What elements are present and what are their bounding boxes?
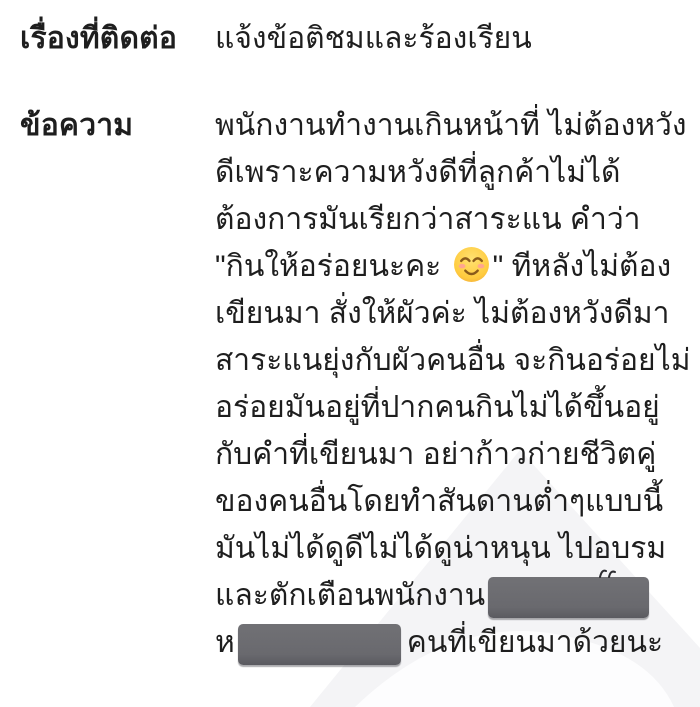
subject-value: แจ้งข้อติชมและร้องเรียน <box>215 15 532 62</box>
message-line: พนักงานทำงานเกินหน้าที่ ไม่ต้องหวัง <box>215 102 690 149</box>
message-line-text: คนที่เขียนมาด้วยนะ <box>407 626 663 659</box>
message-line-text: ต้องการมันเรียกว่าสาระแน คำว่า <box>215 203 641 236</box>
message-line-text: อร่อยมันอยู่ที่ปากคนกินไม่ได้ขึ้นอยู่ <box>215 391 660 424</box>
smiling-face-emoji <box>453 246 490 283</box>
message-line-text: "กินให้อร่อยนะคะ <box>215 250 450 283</box>
message-line: ของคนอื่นโดยทำสันดานต่ำๆแบบนี้ <box>215 478 690 525</box>
subject-row: เรื่องที่ติดต่อ แจ้งข้อติชมและร้องเรียน <box>20 15 532 62</box>
message-line-text: ของคนอื่นโดยทำสันดานต่ำๆแบบนี้ <box>215 485 663 518</box>
redaction-box <box>238 624 401 665</box>
message-line-text: กับคำที่เขียนมา อย่าก้าวก่ายชีวิตคู่ <box>215 438 656 471</box>
message-line-text: ดีเพราะความหวังดีที่ลูกค้าไม่ได้ <box>215 156 621 189</box>
message-text: พนักงานทำงานเกินหน้าที่ ไม่ต้องหวัง ดีเพ… <box>215 102 690 666</box>
message-line: มันไม่ได้ดูดีไม่ได้ดูน่าหนุน ไปอบรม <box>215 525 690 572</box>
message-line: ต้องการมันเรียกว่าสาระแน คำว่า <box>215 196 690 243</box>
message-line: ดีเพราะความหวังดีที่ลูกค้าไม่ได้ <box>215 149 690 196</box>
message-label: ข้อความ <box>20 102 215 149</box>
message-line-text: พนักงานทำงานเกินหน้าที่ ไม่ต้องหวัง <box>215 109 687 142</box>
message-line: อร่อยมันอยู่ที่ปากคนกินไม่ได้ขึ้นอยู่ <box>215 384 690 431</box>
covered-text-remnant <box>598 568 617 578</box>
message-line-text: เขียนมา สั่งให้ผัวค่ะ ไม่ต้องหวังดีมา <box>215 297 670 330</box>
message-line-text: " ทีหลังไม่ต้อง <box>493 250 672 283</box>
message-line: เขียนมา สั่งให้ผัวค่ะ ไม่ต้องหวังดีมา <box>215 290 690 337</box>
message-line-text: และตักเตือนพนักงาน <box>215 579 485 612</box>
message-line: "กินให้อร่อยนะคะ <box>215 243 690 290</box>
subject-label: เรื่องที่ติดต่อ <box>20 15 215 62</box>
message-line: และตักเตือนพนักงาน <box>215 572 690 619</box>
complaint-detail-view: เรื่องที่ติดต่อ แจ้งข้อติชมและร้องเรียน … <box>0 0 700 707</box>
redaction-box <box>488 577 649 618</box>
message-line: หคนที่เขียนมาด้วยนะ <box>215 619 690 666</box>
message-line-text: มันไม่ได้ดูดีไม่ได้ดูน่าหนุน ไปอบรม <box>215 532 666 565</box>
message-line-text: สาระแนยุ่งกับผัวคนอื่น จะกินอร่อยไม่ <box>215 344 690 377</box>
message-line: สาระแนยุ่งกับผัวคนอื่น จะกินอร่อยไม่ <box>215 337 690 384</box>
message-line: กับคำที่เขียนมา อย่าก้าวก่ายชีวิตคู่ <box>215 431 690 478</box>
message-row: ข้อความ พนักงานทำงานเกินหน้าที่ ไม่ต้องห… <box>20 102 690 666</box>
message-line-text: ห <box>215 626 235 659</box>
